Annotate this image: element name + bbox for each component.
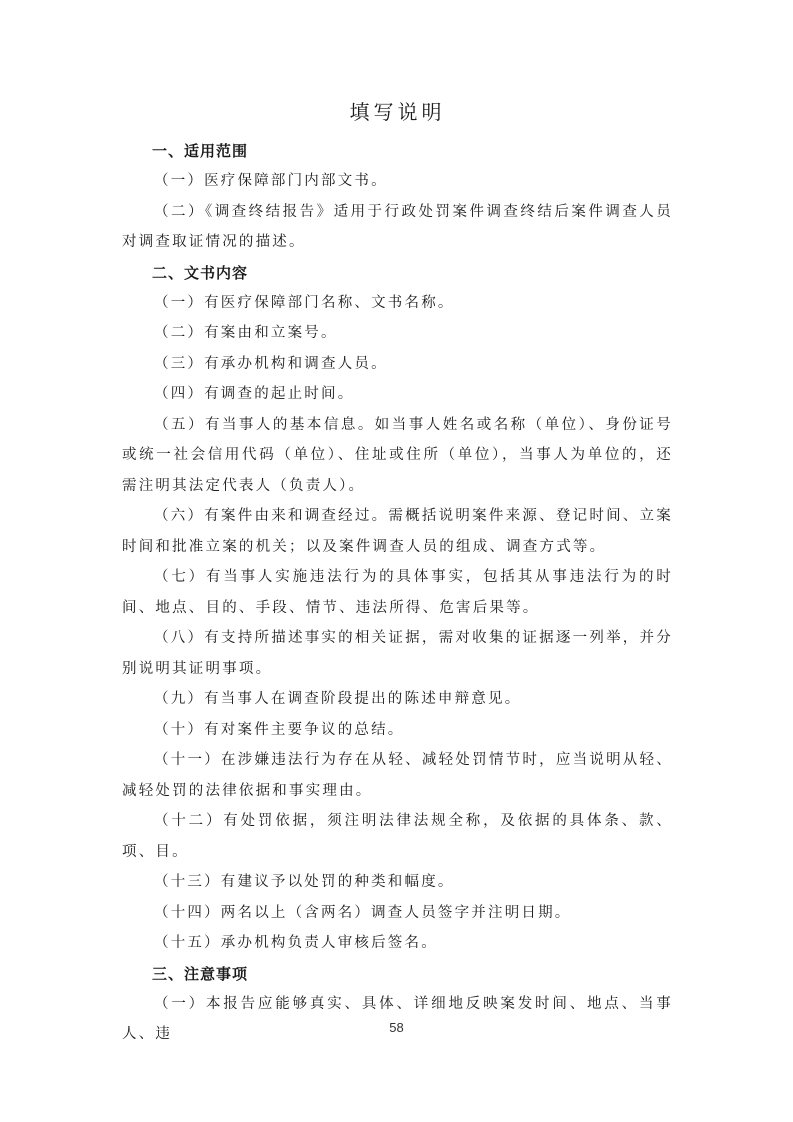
document-body: 一、适用范围 （一）医疗保障部门内部文书。 （二）《调查终结报告》适用于行政处罚… (122, 136, 673, 1050)
paragraph: （八）有支持所描述事实的相关证据，需对收集的证据逐一列举，并分别说明其证明事项。 (122, 623, 673, 684)
paragraph: （十四）两名以上（含两名）调查人员签字并注明日期。 (122, 898, 673, 929)
paragraph: （二）有案由和立案号。 (122, 318, 673, 349)
section-heading-content: 二、文书内容 (122, 258, 673, 288)
paragraph: （五）有当事人的基本信息。如当事人姓名或名称（单位）、身份证号或统一社会信用代码… (122, 410, 673, 502)
paragraph: （一）医疗保障部门内部文书。 (122, 166, 673, 197)
paragraph: （一）本报告应能够真实、具体、详细地反映案发时间、地点、当事人、违 (122, 989, 673, 1050)
paragraph: （七）有当事人实施违法行为的具体事实，包括其从事违法行为的时间、地点、目的、手段… (122, 562, 673, 623)
paragraph: （十二）有处罚依据，须注明法律法规全称，及依据的具体条、款、项、目。 (122, 806, 673, 867)
page-number: 58 (0, 1020, 793, 1035)
paragraph: （一）有医疗保障部门名称、文书名称。 (122, 288, 673, 319)
paragraph: （十三）有建议予以处罚的种类和幅度。 (122, 867, 673, 898)
paragraph: （九）有当事人在调查阶段提出的陈述申辩意见。 (122, 684, 673, 715)
paragraph: （十一）在涉嫌违法行为存在从轻、减轻处罚情节时，应当说明从轻、减轻处罚的法律依据… (122, 745, 673, 806)
paragraph: （二）《调查终结报告》适用于行政处罚案件调查终结后案件调查人员对调查取证情况的描… (122, 197, 673, 258)
paragraph: （十五）承办机构负责人审核后签名。 (122, 928, 673, 959)
page-title: 填写说明 (122, 96, 673, 125)
paragraph: （四）有调查的起止时间。 (122, 379, 673, 410)
paragraph: （十）有对案件主要争议的总结。 (122, 715, 673, 746)
section-heading-notes: 三、注意事项 (122, 959, 673, 989)
paragraph: （三）有承办机构和调查人员。 (122, 349, 673, 380)
paragraph: （六）有案件由来和调查经过。需概括说明案件来源、登记时间、立案时间和批准立案的机… (122, 501, 673, 562)
section-heading-scope: 一、适用范围 (122, 136, 673, 166)
